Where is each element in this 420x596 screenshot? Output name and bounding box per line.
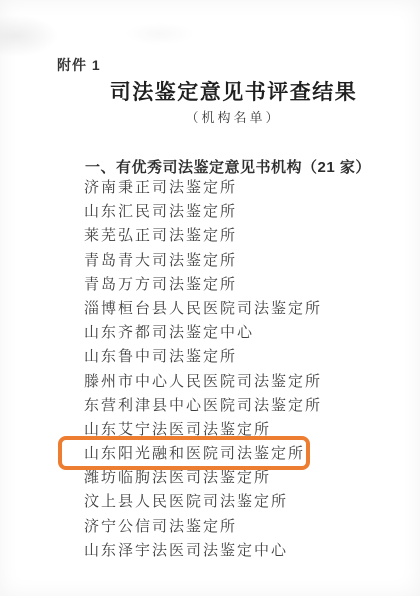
org-name: 东营利津县中心医院司法鉴定所: [84, 398, 322, 414]
org-name: 青岛青大司法鉴定所: [84, 253, 237, 269]
org-list-item: 山东齐都司法鉴定中心: [84, 321, 410, 345]
org-name: 汶上县人民医院司法鉴定所: [84, 494, 288, 510]
org-list-item: 山东艾宁法医司法鉴定所: [84, 418, 410, 442]
org-list-item: 青岛青大司法鉴定所: [84, 249, 410, 273]
org-name: 青岛万方司法鉴定所: [84, 277, 237, 293]
org-list-item: 莱芜弘正司法鉴定所: [84, 224, 410, 248]
org-list-item: 汶上县人民医院司法鉴定所: [84, 490, 410, 514]
org-name: 山东齐都司法鉴定中心: [84, 325, 254, 341]
org-list-item: 潍坊临朐法医司法鉴定所: [84, 466, 410, 490]
org-name: 山东鲁中司法鉴定所: [84, 349, 237, 365]
org-name: 淄博桓台县人民医院司法鉴定所: [84, 301, 322, 317]
org-list-item: 济南秉正司法鉴定所: [84, 176, 410, 200]
org-name: 潍坊临朐法医司法鉴定所: [84, 470, 271, 486]
org-name: 济宁公信司法鉴定所: [84, 519, 237, 535]
org-list-item: 东营利津县中心医院司法鉴定所: [84, 394, 410, 418]
org-name: 山东阳光融和医院司法鉴定所: [84, 446, 305, 462]
document-page: 附件 1 司法鉴定意见书评查结果 （机构名单） 一、有优秀司法鉴定意见书机构（2…: [0, 0, 420, 596]
document-title: 司法鉴定意见书评查结果: [57, 81, 410, 103]
organization-list: 济南秉正司法鉴定所 山东汇民司法鉴定所 莱芜弘正司法鉴定所 青岛青大司法鉴定所 …: [57, 176, 410, 563]
org-name: 山东汇民司法鉴定所: [84, 204, 237, 220]
org-list-item-highlighted: 山东阳光融和医院司法鉴定所: [84, 442, 410, 466]
org-list-item: 山东泽宇法医司法鉴定中心: [84, 539, 410, 563]
org-list-item: 山东汇民司法鉴定所: [84, 200, 410, 224]
org-list-item: 淄博桓台县人民医院司法鉴定所: [84, 297, 410, 321]
org-name: 滕州市中心人民医院司法鉴定所: [84, 374, 322, 390]
document-content: 附件 1 司法鉴定意见书评查结果 （机构名单） 一、有优秀司法鉴定意见书机构（2…: [0, 0, 420, 596]
org-list-item: 山东鲁中司法鉴定所: [84, 345, 410, 369]
section-heading: 一、有优秀司法鉴定意见书机构（21 家）: [85, 159, 410, 176]
org-list-item: 济宁公信司法鉴定所: [84, 515, 410, 539]
org-name: 山东艾宁法医司法鉴定所: [84, 422, 271, 438]
document-subtitle: （机构名单）: [57, 111, 410, 125]
org-name: 莱芜弘正司法鉴定所: [84, 228, 237, 244]
attachment-label: 附件 1: [57, 57, 410, 73]
org-list-item: 滕州市中心人民医院司法鉴定所: [84, 370, 410, 394]
org-list-item: 青岛万方司法鉴定所: [84, 273, 410, 297]
org-name: 济南秉正司法鉴定所: [84, 180, 237, 196]
org-name: 山东泽宇法医司法鉴定中心: [84, 543, 288, 559]
